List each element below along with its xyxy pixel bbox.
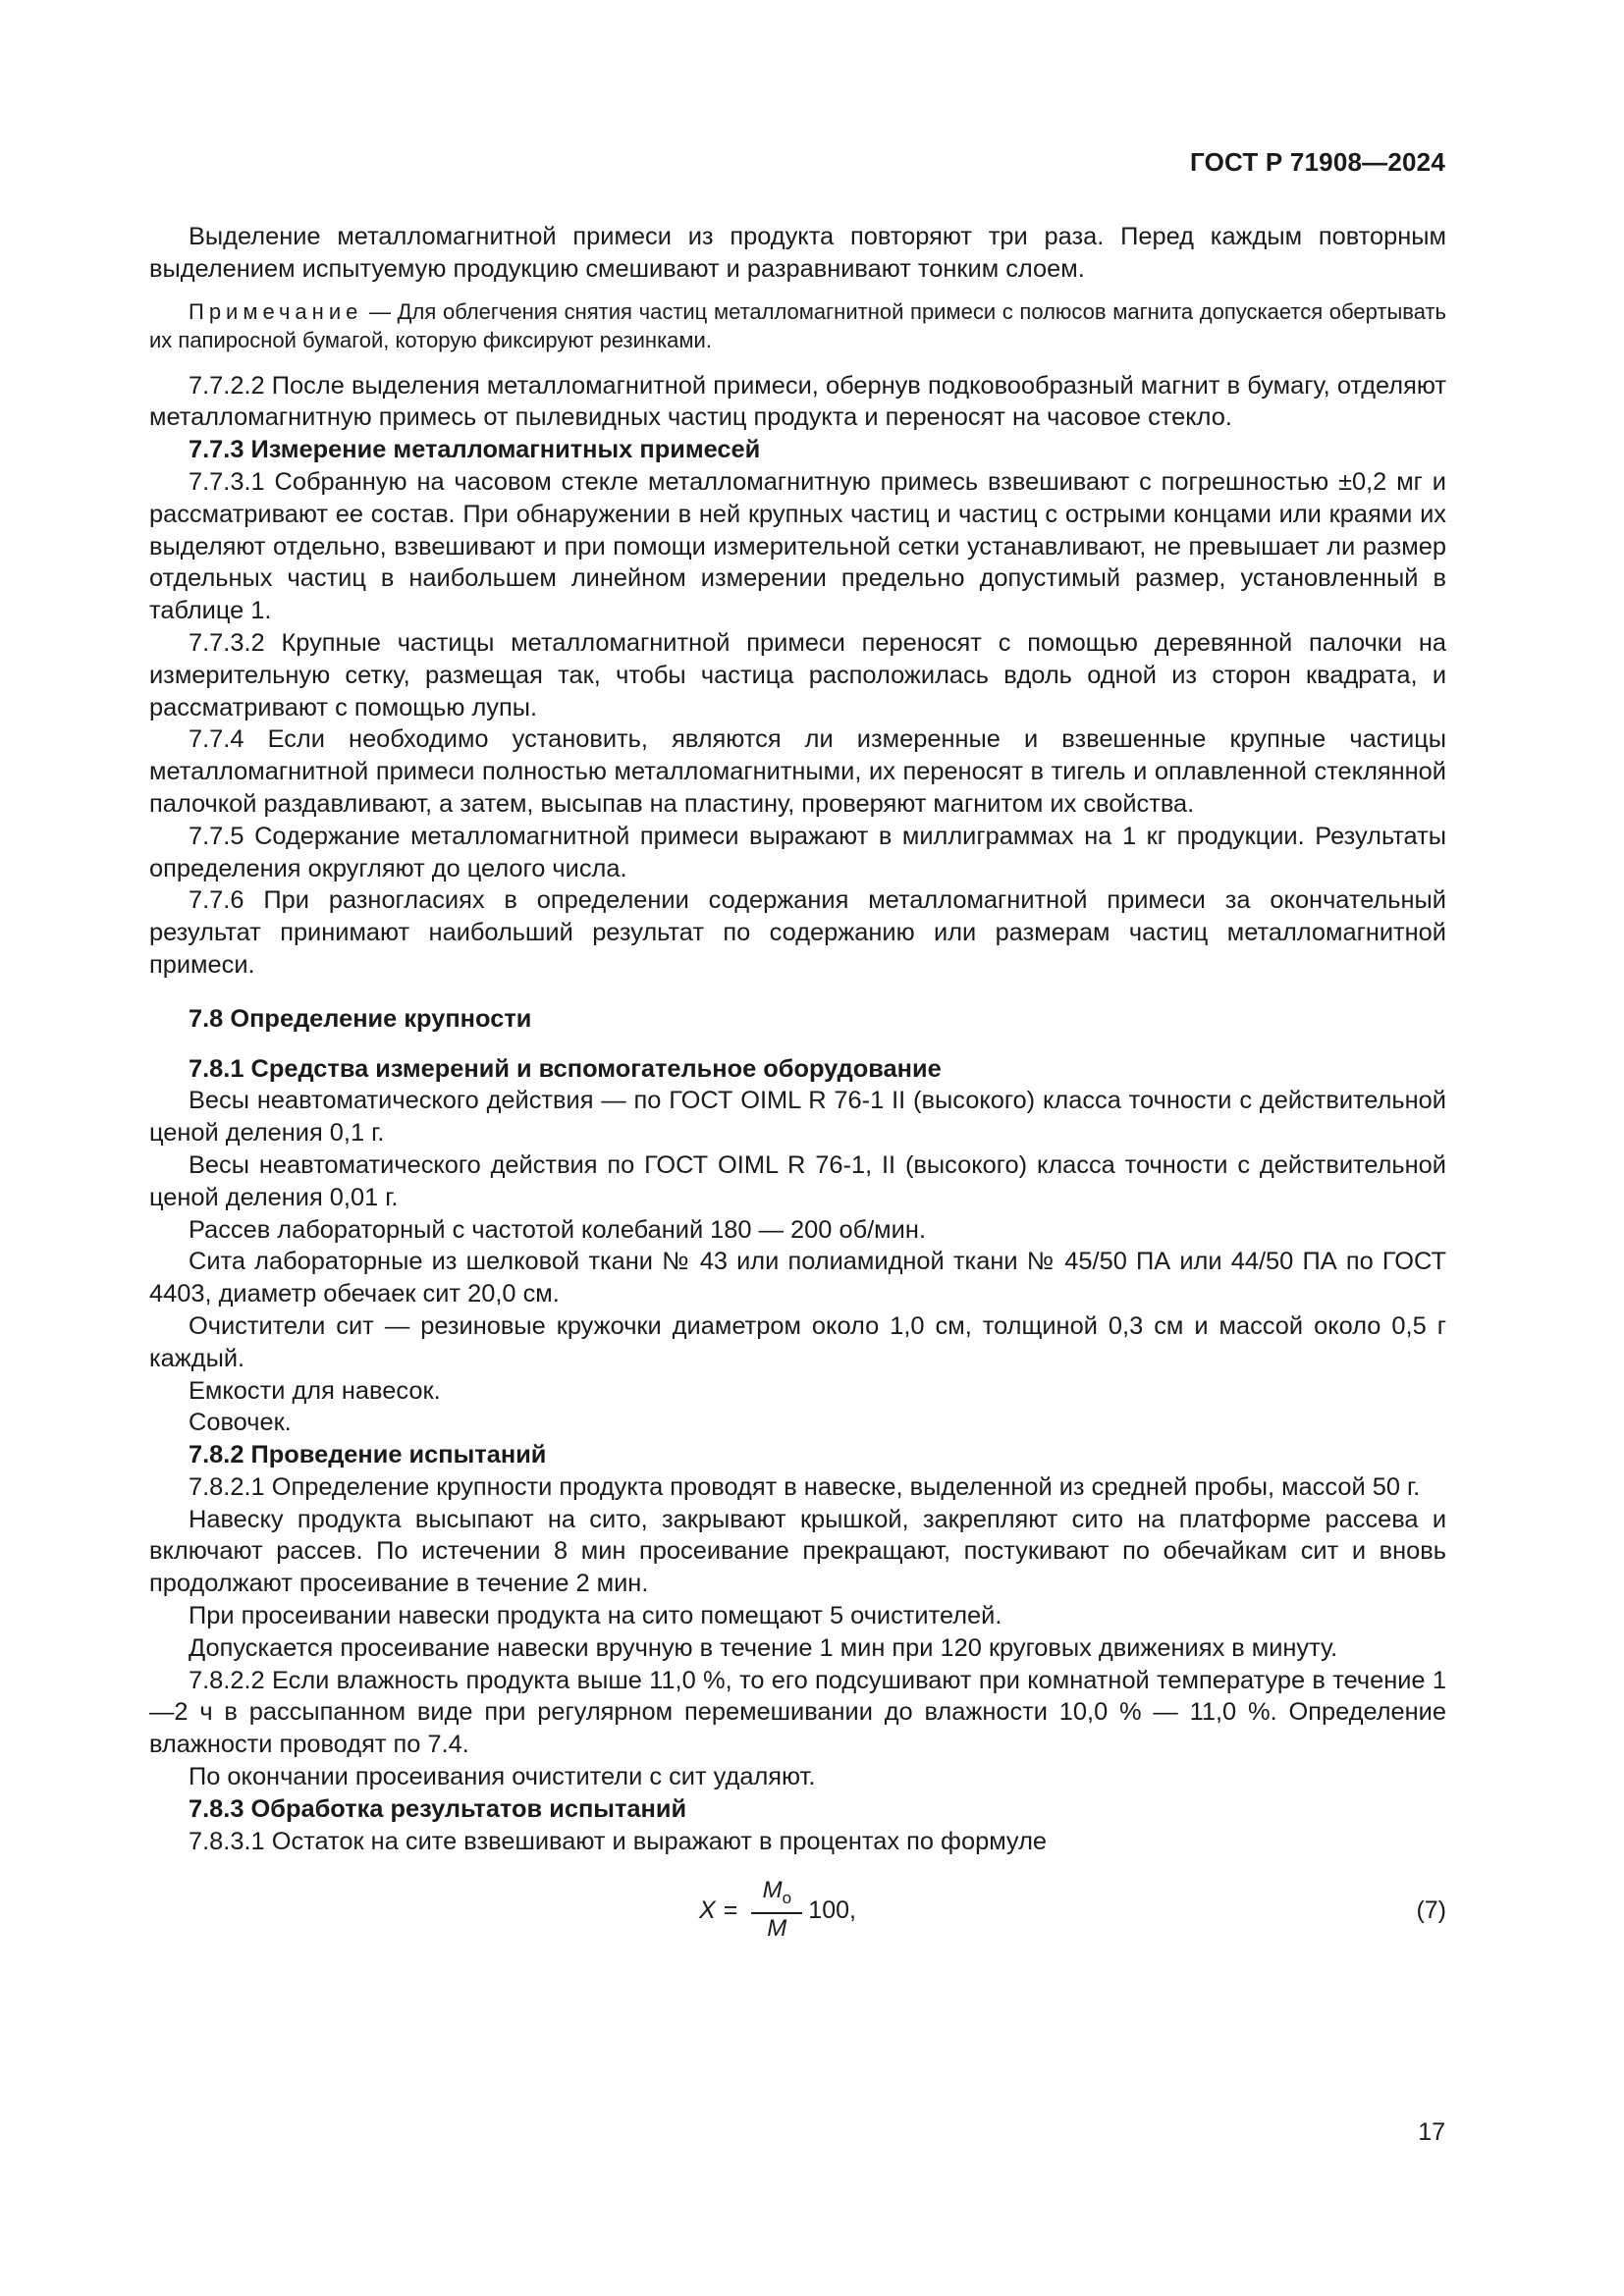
paragraph-7-7-4: 7.7.4 Если необходимо установить, являют…: [149, 723, 1446, 820]
formula-fraction: Mо M: [751, 1877, 802, 1944]
paragraph-remove-cleaners: По окончании просеивания очистители с си…: [149, 1761, 1446, 1793]
paragraph-repeat-separation: Выделение металломагнитной примеси из пр…: [149, 221, 1446, 286]
paragraph-7-7-2-2: 7.7.2.2 После выделения металломагнитной…: [149, 370, 1446, 435]
heading-7-8-2: 7.8.2 Проведение испытаний: [149, 1439, 1446, 1471]
formula-lhs: X: [699, 1895, 716, 1927]
page-number: 17: [1418, 2118, 1445, 2147]
note-label: Примечание: [189, 299, 362, 324]
paragraph-five-cleaners: При просеивании навески продукта на сито…: [149, 1600, 1446, 1632]
paragraph-7-7-5: 7.7.5 Содержание металломагнитной примес…: [149, 821, 1446, 885]
paragraph-sieve-cleaners: Очистители сит — резиновые кружочки диам…: [149, 1310, 1446, 1375]
document-code-header: ГОСТ Р 71908—2024: [1190, 147, 1445, 178]
note: Примечание — Для облегчения снятия части…: [149, 297, 1446, 354]
paragraph-7-7-6: 7.7.6 При разногласиях в определении сод…: [149, 884, 1446, 981]
formula-equals: =: [724, 1895, 738, 1927]
equation-number: (7): [1416, 1895, 1446, 1927]
heading-7-8: 7.8 Определение крупности: [149, 1003, 1446, 1036]
paragraph-sample-sifting: Навеску продукта высыпают на сито, закры…: [149, 1504, 1446, 1600]
heading-7-8-1: 7.8.1 Средства измерений и вспомогательн…: [149, 1053, 1446, 1086]
formula-factor: 100: [808, 1895, 849, 1927]
numerator-subscript: о: [783, 1889, 791, 1907]
paragraph-7-7-3-2: 7.7.3.2 Крупные частицы металломагнитной…: [149, 627, 1446, 723]
paragraph-7-8-3-1: 7.8.3.1 Остаток на сите взвешивают и выр…: [149, 1826, 1446, 1858]
heading-7-8-3: 7.8.3 Обработка результатов испытаний: [149, 1793, 1446, 1826]
document-page: ГОСТ Р 71908—2024 Выделение металломагни…: [0, 0, 1624, 2296]
numerator-symbol: M: [763, 1877, 783, 1903]
paragraph-containers: Емкости для навесок.: [149, 1375, 1446, 1408]
paragraph-7-8-2-1: 7.8.2.1 Определение крупности продукта п…: [149, 1471, 1446, 1504]
paragraph-scoop: Совочек.: [149, 1407, 1446, 1439]
paragraph-sifter: Рассев лабораторный с частотой колебаний…: [149, 1214, 1446, 1247]
paragraph-manual-sifting: Допускается просеивание навески вручную …: [149, 1632, 1446, 1665]
formula-denominator: M: [767, 1914, 786, 1944]
formula-expression: X = Mо M 100,: [699, 1877, 856, 1944]
formula-trailing-comma: ,: [849, 1895, 856, 1927]
paragraph-7-7-3-1: 7.7.3.1 Собранную на часовом стекле мета…: [149, 466, 1446, 627]
heading-7-7-3: 7.7.3 Измерение металломагнитных примесе…: [149, 434, 1446, 466]
formula-7: X = Mо M 100, (7): [149, 1869, 1446, 1963]
paragraph-scales-0-1: Весы неавтоматического действия — по ГОС…: [149, 1085, 1446, 1149]
formula-numerator: Mо: [759, 1877, 795, 1912]
paragraph-7-8-2-2: 7.8.2.2 Если влажность продукта выше 11,…: [149, 1665, 1446, 1761]
document-body: Выделение металломагнитной примеси из пр…: [149, 221, 1446, 1963]
paragraph-sieves: Сита лабораторные из шелковой ткани № 43…: [149, 1246, 1446, 1310]
paragraph-scales-0-01: Весы неавтоматического действия по ГОСТ …: [149, 1149, 1446, 1214]
